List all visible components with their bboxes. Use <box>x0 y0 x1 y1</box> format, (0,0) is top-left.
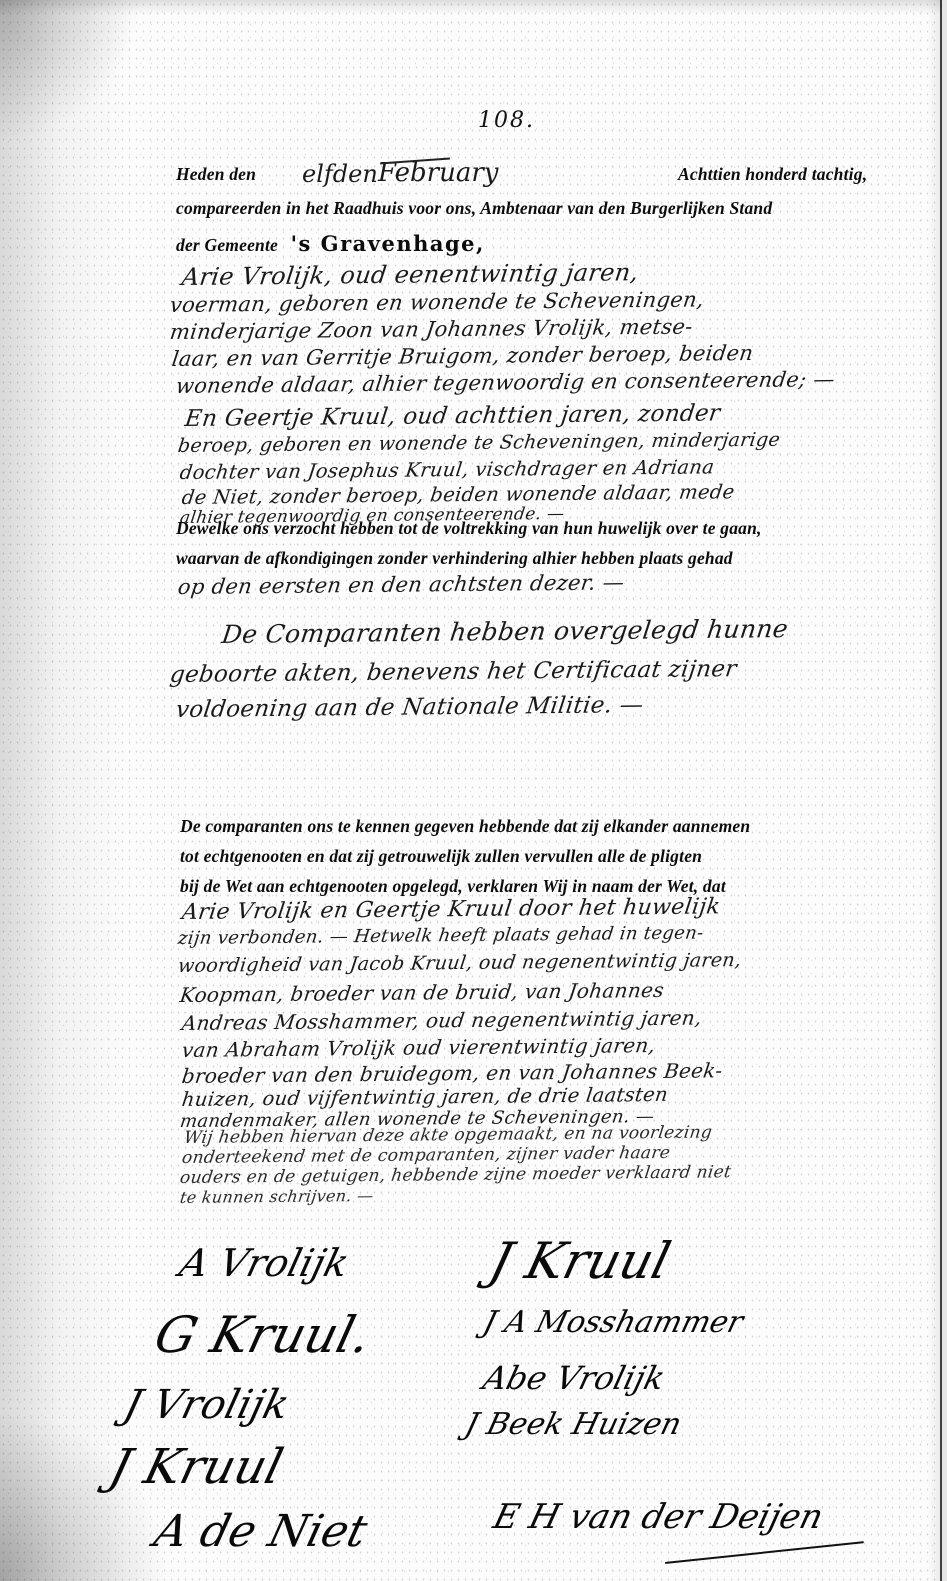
signature-groom: A Vrolijk <box>176 1244 353 1282</box>
page-edge-line <box>940 0 942 1581</box>
bride-line: dochter van Josephus Kruul, vischdrager … <box>179 457 716 482</box>
header-line-2: compareerden in het Raadhuis voor ons, A… <box>176 200 772 218</box>
groom-line: minderjarige Zoon van Johannes Vrolijk, … <box>169 317 694 343</box>
declaration-printed-line: bij de Wet aan echtgenooten opgelegd, ve… <box>180 878 726 896</box>
signature-bride-father: J Kruul <box>105 1443 287 1491</box>
documents-line: De Comparanten hebben overgelegd hunne <box>220 616 789 647</box>
handwritten-month: February <box>378 160 498 186</box>
declaration-handwritten-line: Andreas Mosshammer, oud negenentwintig j… <box>181 1008 703 1033</box>
handwritten-day: elfden <box>302 162 378 186</box>
signature-bride-mother: A de Niet <box>150 1510 371 1554</box>
municipality-name: 's Gravenhage, <box>291 231 485 256</box>
printed-gemeente: der Gemeente <box>176 235 278 255</box>
signature-witness-abraham-vrolijk: Abe Vrolijk <box>480 1362 668 1394</box>
groom-line: voerman, geboren en wonende te Schevenin… <box>169 289 706 316</box>
printed-heden-den: Heden den <box>176 164 256 184</box>
bride-line: de Niet, zonder beroep, beiden wonende a… <box>181 482 736 507</box>
groom-line: Arie Vrolijk, oud eenentwintig jaren, <box>180 260 640 289</box>
signature-witness-beekhuizen: J Beek Huizen <box>462 1410 684 1440</box>
closing-line: te kunnen schrijven. — <box>179 1188 375 1206</box>
declaration-handwritten-line: broeder van den bruidegom, en van Johann… <box>181 1060 724 1086</box>
declaration-handwritten-line: Koopman, broeder van de bruid, van Johan… <box>179 980 666 1005</box>
declaration-printed-line: De comparanten ons te kennen gegeven heb… <box>180 818 750 836</box>
request-printed-line: Dewelke ons verzocht hebben tot de voltr… <box>176 520 762 538</box>
request-printed-line: waarvan de afkondigingen zonder verhinde… <box>176 550 733 568</box>
documents-line: geboorte akten, benevens het Certificaat… <box>169 658 739 687</box>
signature-official: E H van der Deijen <box>490 1500 827 1534</box>
bride-line: En Geertje Kruul, oud achttien jaren, zo… <box>184 402 722 431</box>
declaration-printed-line: tot echtgenooten en dat zij getrouwelijk… <box>180 848 702 866</box>
request-handwritten-line: op den eersten en den achtsten dezer. — <box>177 572 626 598</box>
signature-bride: G Kruul. <box>150 1310 376 1360</box>
documents-line: voldoening aan de Nationale Militie. — <box>175 694 645 722</box>
printed-year: Achttien honderd tachtig, <box>678 166 867 184</box>
header-line-3: der Gemeente 's Gravenhage, <box>176 233 485 255</box>
header-line-1: Heden den <box>176 166 256 184</box>
signature-witness-mosshammer: J A Mosshammer <box>480 1308 746 1338</box>
page-number: 108. <box>478 108 535 133</box>
signature-groom-father: J Vrolijk <box>120 1385 293 1425</box>
declaration-handwritten-line: Arie Vrolijk en Geertje Kruul door het h… <box>181 896 722 924</box>
signature-witness-jacob-kruul: J Kruul <box>485 1236 675 1286</box>
declaration-handwritten-line: van Abraham Vrolijk oud vierentwintig ja… <box>181 1035 657 1060</box>
page-edge-strip <box>942 0 947 1581</box>
